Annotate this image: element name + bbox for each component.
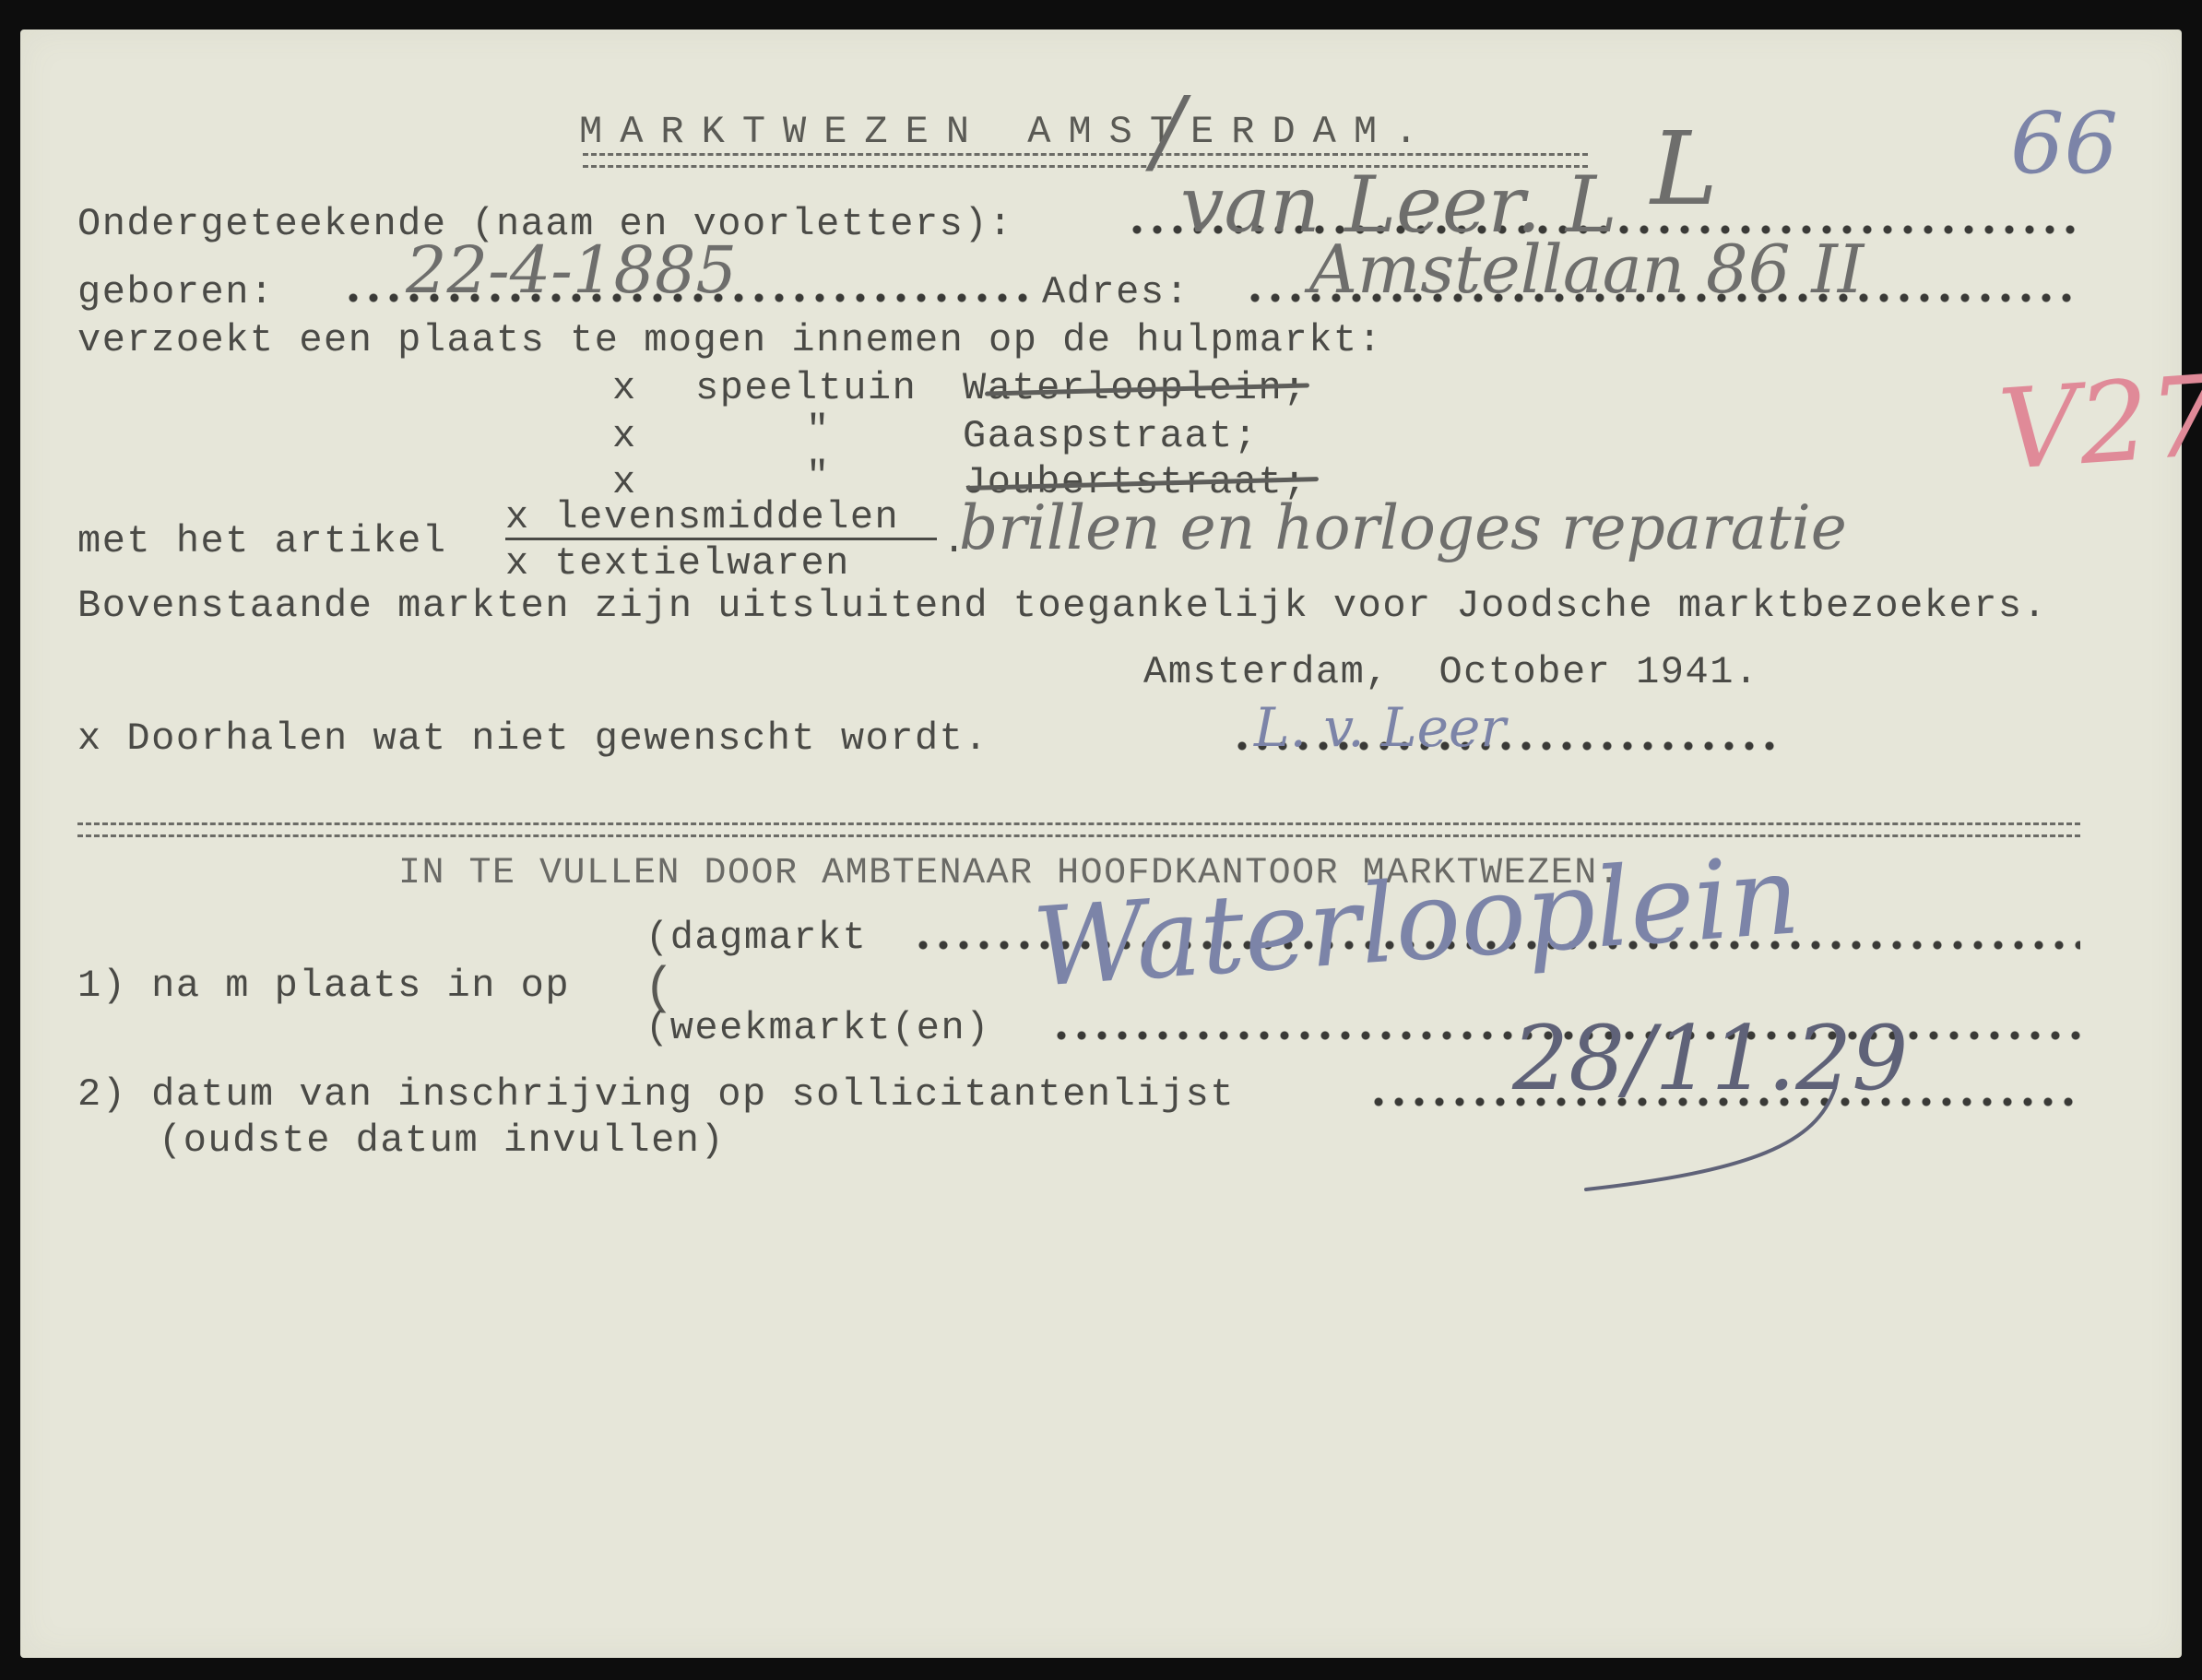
date-flourish-stroke xyxy=(1568,1079,1844,1199)
red-annotation: V27 xyxy=(1995,361,2202,487)
market-1-mark: x xyxy=(612,369,637,408)
handwritten-initial-d-stroke: / xyxy=(1153,85,1184,177)
handwritten-initial: L xyxy=(1651,118,1718,219)
place-date: Amsterdam, October 1941. xyxy=(1143,653,1759,692)
market-3-prefix: " xyxy=(806,457,831,496)
market-2-name: Gaaspstraat; xyxy=(963,417,1258,455)
address-label: Adres: xyxy=(1042,273,1190,312)
market-1-prefix: speeltuin xyxy=(695,369,917,408)
address-handwritten-value[interactable]: Amstellaan 86 II xyxy=(1309,236,1864,302)
footnote: x Doorhalen wat niet gewenscht wordt. xyxy=(77,719,989,758)
item1-option-dagmarkt: (dagmarkt xyxy=(645,918,867,957)
signature[interactable]: L. v. Leer xyxy=(1254,701,1506,754)
article-option-2: x textielwaren xyxy=(505,544,850,583)
request-line: verzoekt een plaats te mogen innemen op … xyxy=(77,321,1382,360)
item1-option-weekmarkt: (weekmarkt(en) xyxy=(645,1009,990,1047)
item2-label: 2) datum van inschrijving op sollicitant… xyxy=(77,1075,1235,1114)
market-2-mark: x xyxy=(612,417,637,455)
market-2-prefix: " xyxy=(806,411,831,450)
article-1-strikethrough xyxy=(505,538,937,540)
article-label: met het artikel xyxy=(77,522,447,561)
document-title: MARKTWEZEN AMSTERDAM. xyxy=(579,112,1435,151)
article-option-1: x levensmiddelen xyxy=(505,498,899,537)
article-handwritten-value[interactable]: brillen en horloges reparatie xyxy=(959,498,1847,559)
item1-label: 1) na m plaats in op xyxy=(77,966,570,1005)
notice-text: Bovenstaande markten zijn uitsluitend to… xyxy=(77,586,2047,625)
born-label: geboren: xyxy=(77,273,275,312)
item2-sublabel: (oudste datum invullen) xyxy=(159,1121,725,1160)
blue-annotation-number: 66 xyxy=(2010,101,2118,186)
born-handwritten-value[interactable]: 22-4-1885 xyxy=(406,238,737,302)
